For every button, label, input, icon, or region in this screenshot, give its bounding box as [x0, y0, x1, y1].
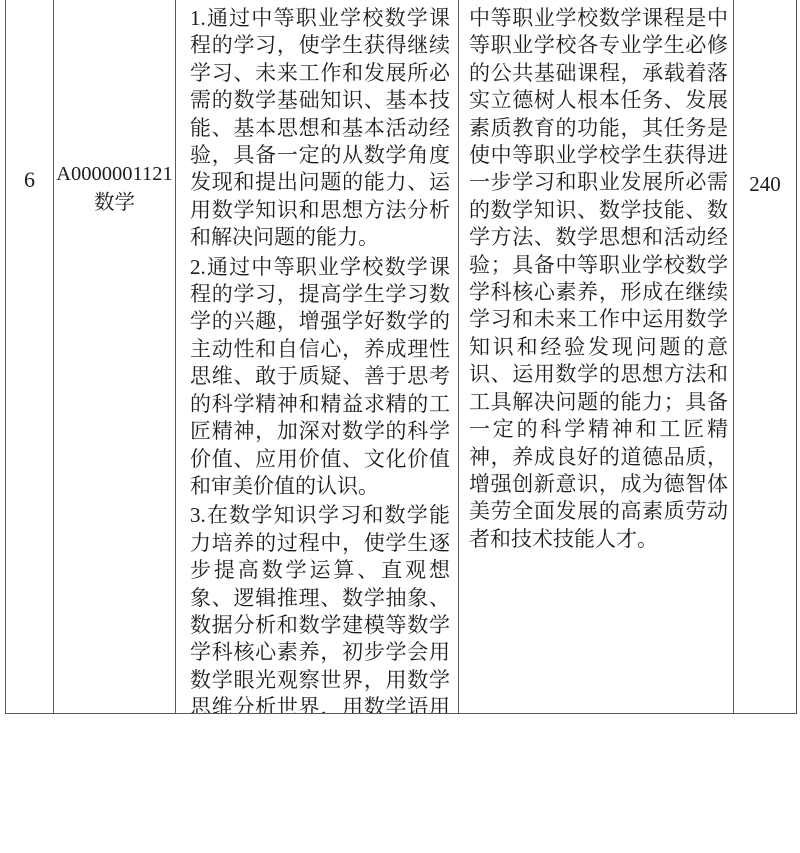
objective-paragraph-3: 3.在数学知识学习和数学能力培养的过程中，使学生逐步提高数学运算、直观想象、逻辑… — [190, 502, 450, 713]
document-page: 6 A0000001121 数学 1.通过中等职业学校数学课程的学习，使学生获得… — [0, 0, 800, 853]
course-code: A0000001121 — [54, 160, 175, 189]
table-cell-seq: 6 — [6, 0, 54, 713]
course-name: 数学 — [54, 189, 175, 218]
table-cell-course: A0000001121 数学 — [54, 0, 176, 713]
course-description: 中等职业学校数学课程是中等职业学校各专业学生必修的公共基础课程，承载着落实立德树… — [469, 5, 728, 553]
row-number: 6 — [6, 166, 53, 194]
table-cell-description: 中等职业学校数学课程是中等职业学校各专业学生必修的公共基础课程，承载着落实立德树… — [459, 0, 734, 713]
table-cell-objectives: 1.通过中等职业学校数学课程的学习，使学生获得继续学习、未来工作和发展所必需的数… — [176, 0, 459, 713]
class-hours: 240 — [734, 170, 796, 198]
table-cell-hours: 240 — [734, 0, 796, 713]
objective-paragraph-1: 1.通过中等职业学校数学课程的学习，使学生获得继续学习、未来工作和发展所必需的数… — [190, 5, 450, 252]
curriculum-table: 6 A0000001121 数学 1.通过中等职业学校数学课程的学习，使学生获得… — [5, 0, 797, 714]
objective-paragraph-2: 2.通过中等职业学校数学课程的学习，提高学生学习数学的兴趣，增强学好数学的主动性… — [190, 254, 450, 501]
